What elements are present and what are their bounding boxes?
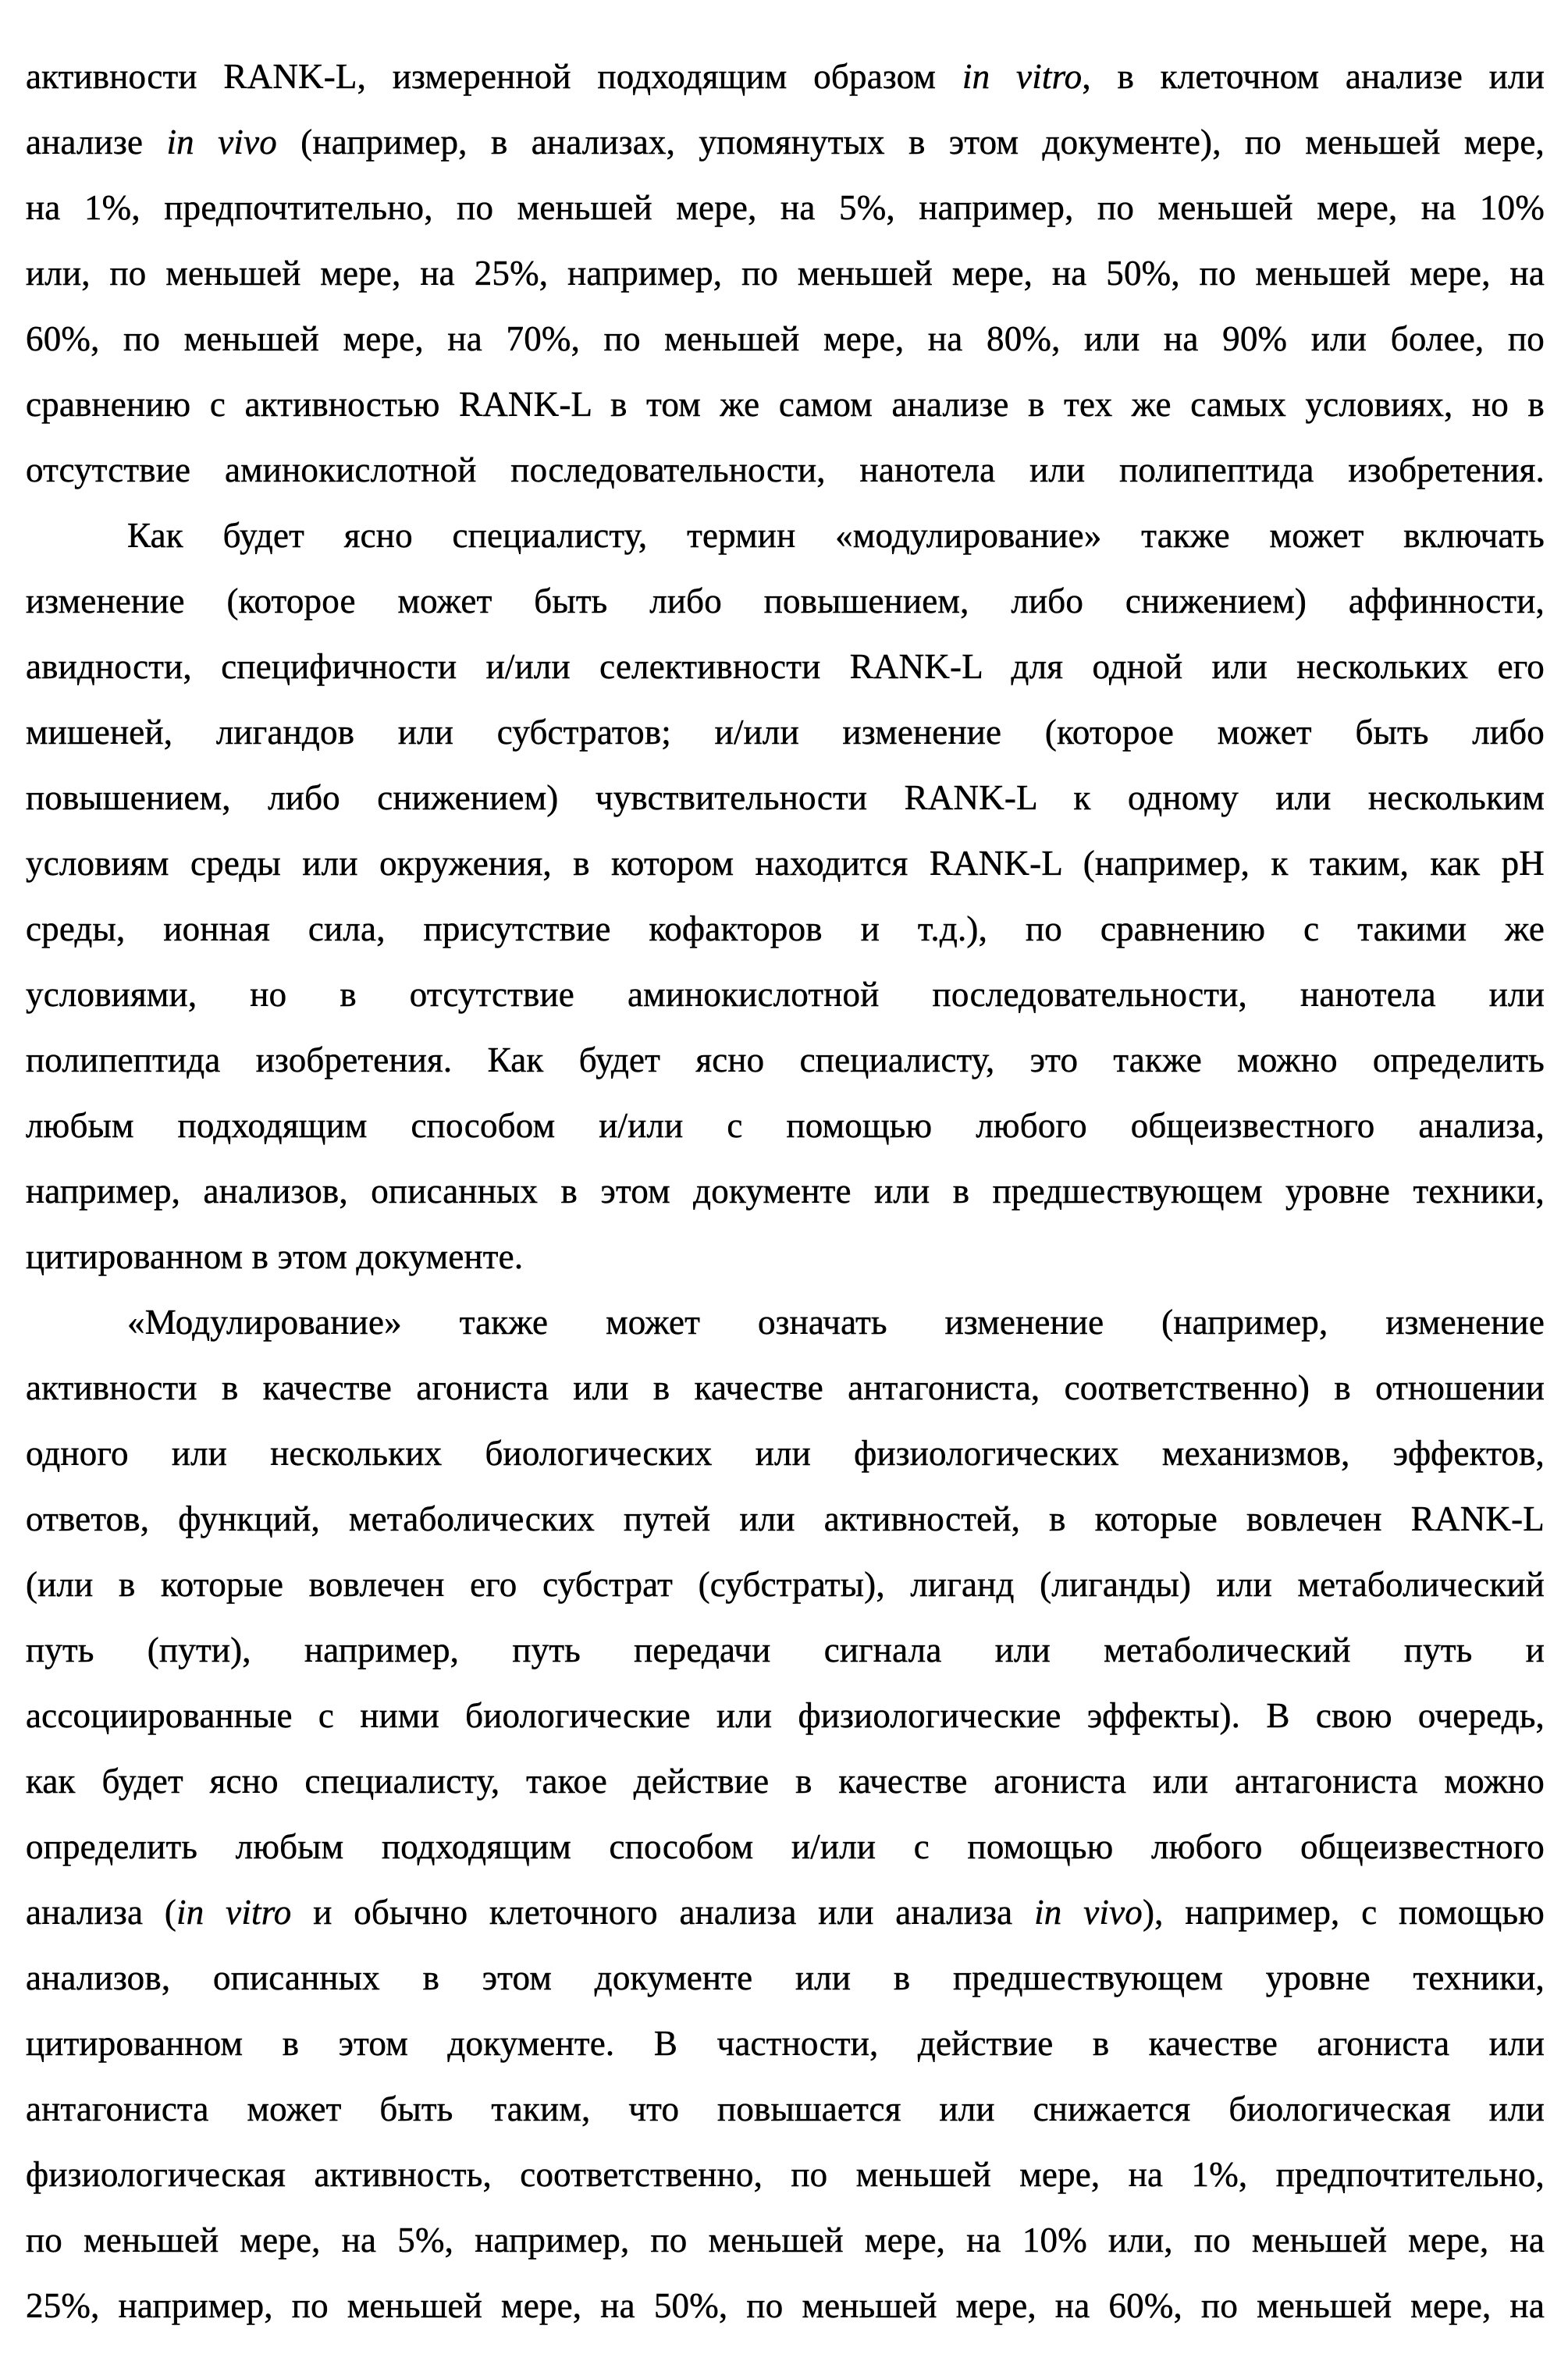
text-line: или, по меньшей мере, на 25%, например, … <box>26 240 1545 306</box>
text-line: физиологическая активность, соответствен… <box>26 2142 1545 2207</box>
text-line: по меньшей мере, на 5%, например, по мен… <box>26 2207 1545 2273</box>
text-line: путь (пути), например, путь передачи сиг… <box>26 1617 1545 1683</box>
text-run: среды, ионная сила, присутствие кофактор… <box>26 909 1545 948</box>
text-run: анализа ( <box>26 1893 176 1932</box>
text-line: 60%, по меньшей мере, на 70%, по меньшей… <box>26 306 1545 372</box>
text-line: Как будет ясно специалисту, термин «моду… <box>26 503 1545 568</box>
text-line: сравнению с активностью RANK-L в том же … <box>26 372 1545 437</box>
text-line: 25%, например, по меньшей мере, на 50%, … <box>26 2273 1545 2338</box>
text-run: мишеней, лигандов или субстратов; и/или … <box>26 713 1545 752</box>
text-run: (или в которые вовлечен его субстрат (су… <box>26 1565 1545 1604</box>
text-run: например, анализов, описанных в этом док… <box>26 1172 1545 1211</box>
text-run: ассоциированные с ними биологические или… <box>26 1696 1545 1735</box>
text-line: на 1%, предпочтительно, по меньшей мере,… <box>26 175 1545 240</box>
text-line: условиям среды или окружения, в котором … <box>26 830 1545 896</box>
text-run: ), например, с помощью <box>1143 1893 1545 1932</box>
text-line: анализе in vivo (например, в анализах, у… <box>26 109 1545 175</box>
text-line: изменение (которое может быть либо повыш… <box>26 568 1545 634</box>
text-run: и обычно клеточного анализа или анализа <box>291 1893 1034 1932</box>
text-line: авидности, специфичности и/или селективн… <box>26 634 1545 699</box>
text-line: среды, ионная сила, присутствие кофактор… <box>26 896 1545 962</box>
text-line: полипептида изобретения. Как будет ясно … <box>26 1027 1545 1093</box>
text-run: Как будет ясно специалисту, термин «моду… <box>127 516 1545 555</box>
text-run: условиям среды или окружения, в котором … <box>26 844 1545 883</box>
text-run: отсутствие аминокислотной последовательн… <box>26 450 1545 489</box>
text-run: (например, в анализах, упомянутых в этом… <box>277 123 1545 162</box>
text-line: ассоциированные с ними биологические или… <box>26 1683 1545 1748</box>
text-run: цитированном в этом документе. В частнос… <box>26 2024 1545 2063</box>
italic-run: in vivo <box>166 123 277 162</box>
text-line: антагониста может быть таким, что повыша… <box>26 2076 1545 2142</box>
text-run: как будет ясно специалисту, такое действ… <box>26 1762 1545 1801</box>
italic-run: in vivo <box>1034 1893 1143 1932</box>
text-run: сравнению с активностью RANK-L в том же … <box>26 385 1545 424</box>
text-run: полипептида изобретения. Как будет ясно … <box>26 1040 1545 1079</box>
text-line: условиями, но в отсутствие аминокислотно… <box>26 962 1545 1027</box>
text-run: физиологическая активность, соответствен… <box>26 2155 1545 2194</box>
text-line: анализа (in vitro и обычно клеточного ан… <box>26 1879 1545 1945</box>
text-run: определить любым подходящим способом и/и… <box>26 1827 1545 1866</box>
text-run: , в клеточном анализе или <box>1082 57 1545 96</box>
document-page: активности RANK-L, измеренной подходящим… <box>0 0 1568 2354</box>
text-run: «Модулирование» также может означать изм… <box>127 1303 1545 1342</box>
text-line: отсутствие аминокислотной последовательн… <box>26 437 1545 503</box>
text-run: активности RANK-L, измеренной подходящим… <box>26 57 962 96</box>
text-line: «Модулирование» также может означать изм… <box>26 1289 1545 1355</box>
document-text: активности RANK-L, измеренной подходящим… <box>26 44 1545 2338</box>
text-run: по меньшей мере, на 5%, например, по мен… <box>26 2221 1545 2260</box>
text-line: активности в качестве агониста или в кач… <box>26 1355 1545 1421</box>
text-run: 60%, по меньшей мере, на 70%, по меньшей… <box>26 319 1545 358</box>
text-run: ответов, функций, метаболических путей и… <box>26 1499 1545 1538</box>
text-run: на 1%, предпочтительно, по меньшей мере,… <box>26 188 1545 227</box>
text-run: активности в качестве агониста или в кач… <box>26 1368 1545 1407</box>
text-line: повышением, либо снижением) чувствительн… <box>26 765 1545 830</box>
text-run: цитированном в этом документе. <box>26 1237 523 1276</box>
text-run: анализов, описанных в этом документе или… <box>26 1958 1545 1997</box>
text-run: повышением, либо снижением) чувствительн… <box>26 778 1545 817</box>
text-line: активности RANK-L, измеренной подходящим… <box>26 44 1545 109</box>
text-run: изменение (которое может быть либо повыш… <box>26 581 1545 621</box>
text-line: например, анализов, описанных в этом док… <box>26 1158 1545 1224</box>
text-line: любым подходящим способом и/или с помощь… <box>26 1093 1545 1158</box>
text-run: одного или нескольких биологических или … <box>26 1434 1545 1473</box>
text-line: (или в которые вовлечен его субстрат (су… <box>26 1552 1545 1617</box>
text-line: цитированном в этом документе. <box>26 1224 1545 1289</box>
text-run: анализе <box>26 123 166 162</box>
text-run: авидности, специфичности и/или селективн… <box>26 647 1545 686</box>
text-line: анализов, описанных в этом документе или… <box>26 1945 1545 2011</box>
text-run: 25%, например, по меньшей мере, на 50%, … <box>26 2286 1545 2325</box>
italic-run: in vitro <box>962 57 1083 96</box>
text-line: определить любым подходящим способом и/и… <box>26 1814 1545 1879</box>
text-run: путь (пути), например, путь передачи сиг… <box>26 1630 1545 1669</box>
text-line: мишеней, лигандов или субстратов; и/или … <box>26 699 1545 765</box>
text-line: ответов, функций, метаболических путей и… <box>26 1486 1545 1552</box>
text-line: одного или нескольких биологических или … <box>26 1421 1545 1486</box>
italic-run: in vitro <box>176 1893 291 1932</box>
text-line: цитированном в этом документе. В частнос… <box>26 2011 1545 2076</box>
text-run: условиями, но в отсутствие аминокислотно… <box>26 975 1545 1014</box>
text-run: любым подходящим способом и/или с помощь… <box>26 1106 1545 1145</box>
text-run: антагониста может быть таким, что повыша… <box>26 2089 1545 2128</box>
text-run: или, по меньшей мере, на 25%, например, … <box>26 254 1545 293</box>
text-line: как будет ясно специалисту, такое действ… <box>26 1748 1545 1814</box>
